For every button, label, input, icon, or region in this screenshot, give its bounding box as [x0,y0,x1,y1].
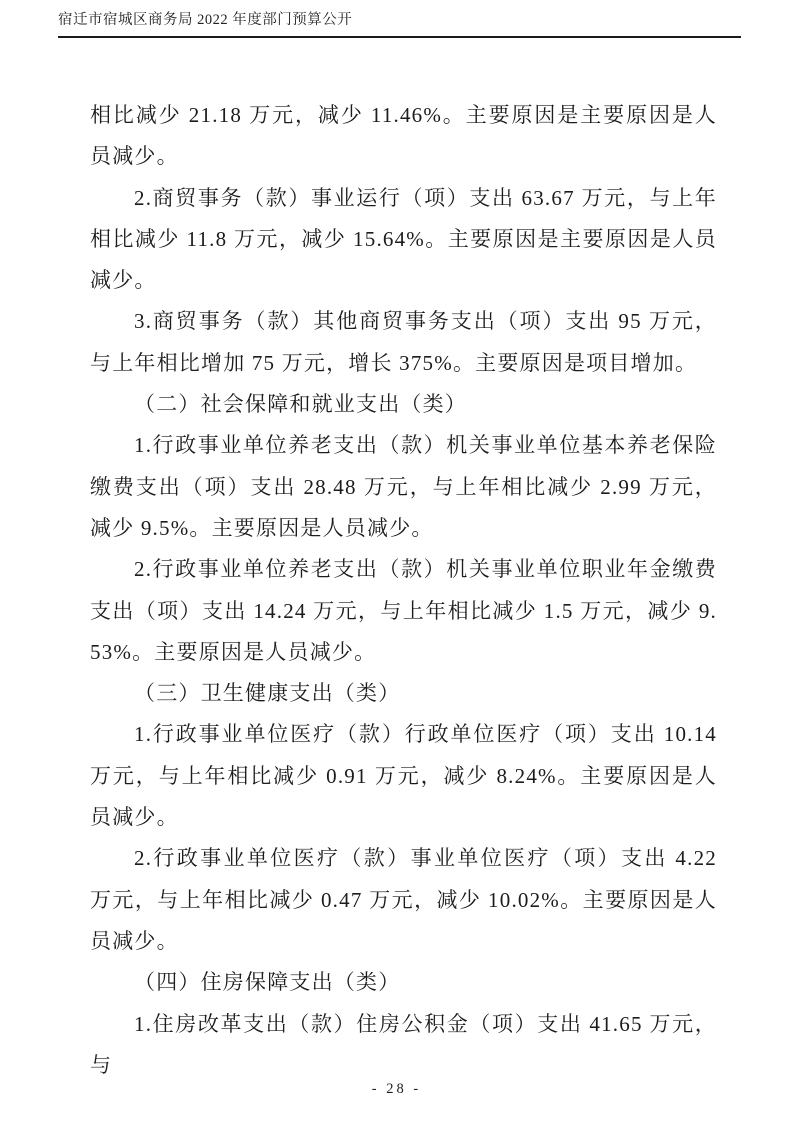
paragraph: 2.行政事业单位养老支出（款）机关事业单位职业年金缴费支出（项）支出 14.24… [90,549,717,673]
page-number: - 28 - [372,1081,421,1097]
paragraph: 3.商贸事务（款）其他商贸事务支出（项）支出 95 万元，与上年相比增加 75 … [90,301,717,384]
paragraph: 1.住房改革支出（款）住房公积金（项）支出 41.65 万元，与 [90,1004,717,1087]
paragraph: 1.行政事业单位医疗（款）行政单位医疗（项）支出 10.14 万元，与上年相比减… [90,714,717,838]
header-title: 宿迁市宿城区商务局 2022 年度部门预算公开 [58,12,741,29]
paragraph: 相比减少 21.18 万元，减少 11.46%。主要原因是主要原因是人员减少。 [90,95,717,178]
paragraph: 2.商贸事务（款）事业运行（项）支出 63.67 万元，与上年相比减少 11.8… [90,178,717,302]
document-page: 宿迁市宿城区商务局 2022 年度部门预算公开 相比减少 21.18 万元，减少… [0,0,793,1122]
section-heading: （二）社会保障和就业支出（类） [90,384,717,425]
page-footer: - 28 - [0,1080,793,1098]
section-heading: （四）住房保障支出（类） [90,962,717,1003]
document-body: 相比减少 21.18 万元，减少 11.46%。主要原因是主要原因是人员减少。 … [90,95,717,1086]
section-heading: （三）卫生健康支出（类） [90,673,717,714]
page-header: 宿迁市宿城区商务局 2022 年度部门预算公开 [58,12,741,38]
paragraph: 1.行政事业单位养老支出（款）机关事业单位基本养老保险缴费支出（项）支出 28.… [90,425,717,549]
paragraph: 2.行政事业单位医疗（款）事业单位医疗（项）支出 4.22 万元，与上年相比减少… [90,838,717,962]
